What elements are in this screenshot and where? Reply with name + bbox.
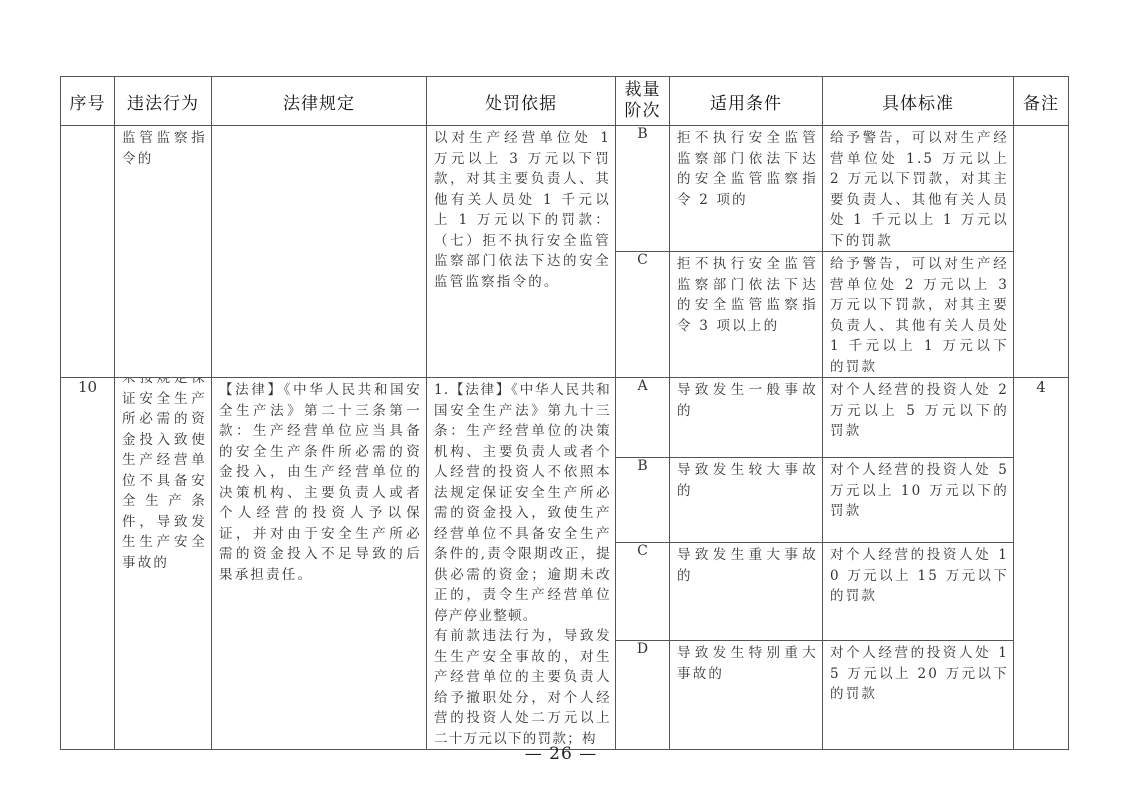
standard-text: 给予警告，可以对生产经营单位处 2 万元以上 3 万元以下罚款，对其主要负责人、… bbox=[823, 252, 1013, 377]
legal-provision-text: 【法律】《中华人民共和国安全生产法》第二十三条第一款：生产经营单位应当具备的安全… bbox=[212, 378, 426, 585]
violation-text: 未按规定保证安全生产所必需的资金投入致使生产经营单位不具备安全生产条件，导致发生… bbox=[115, 378, 211, 574]
document-page: 序号 违法行为 法律规定 处罚依据 裁量阶次 适用条件 具体标准 备注 监管监察… bbox=[0, 0, 1122, 793]
header-conditions: 适用条件 bbox=[670, 77, 823, 126]
penalty-basis-text-2: 有前款违法行为，导致发生生产安全事故的，对生产经营单位的主要负责人给予撤职处分，… bbox=[427, 626, 615, 749]
standard-text: 对个人经营的投资人处 2 万元以上 5 万元以下的罚款 bbox=[823, 378, 1013, 442]
standard-text: 给予警告，可以对生产经营单位处 1.5 万元以上 2 万元以下罚款，对其主要负责… bbox=[823, 126, 1013, 251]
condition-cell: 导致发生重大事故的 bbox=[670, 543, 823, 641]
header-discretion-level: 裁量阶次 bbox=[616, 77, 670, 126]
standard-text: 对个人经营的投资人处 10 万元以上 15 万元以下的罚款 bbox=[823, 543, 1013, 607]
condition-text: 导致发生特别重大事故的 bbox=[670, 641, 822, 684]
level-cell: D bbox=[616, 641, 670, 750]
table-row: 监管监察指令的 以对生产经营单位处 1 万元以上 3 万元以下罚款，对其主要负责… bbox=[61, 126, 1069, 252]
standard-text: 对个人经营的投资人处 5 万元以上 10 万元以下的罚款 bbox=[823, 458, 1013, 522]
standard-cell: 对个人经营的投资人处 5 万元以上 10 万元以下的罚款 bbox=[823, 458, 1014, 543]
violation-text: 监管监察指令的 bbox=[115, 126, 211, 169]
header-seq: 序号 bbox=[61, 77, 115, 126]
level-cell: C bbox=[616, 252, 670, 378]
penalty-basis-cell: 以对生产经营单位处 1 万元以上 3 万元以下罚款，对其主要负责人、其他有关人员… bbox=[427, 126, 616, 378]
header-violation: 违法行为 bbox=[115, 77, 212, 126]
standard-cell: 对个人经营的投资人处 15 万元以上 20 万元以下的罚款 bbox=[823, 641, 1014, 750]
penalty-basis-text: 以对生产经营单位处 1 万元以上 3 万元以下罚款，对其主要负责人、其他有关人员… bbox=[427, 126, 615, 292]
condition-text: 导致发生重大事故的 bbox=[670, 543, 822, 586]
violation-cell: 监管监察指令的 bbox=[115, 126, 212, 378]
penalty-discretion-table: 序号 违法行为 法律规定 处罚依据 裁量阶次 适用条件 具体标准 备注 监管监察… bbox=[60, 76, 1069, 750]
condition-cell: 导致发生特别重大事故的 bbox=[670, 641, 823, 750]
level-cell: B bbox=[616, 126, 670, 252]
remarks-cell: 4 bbox=[1014, 378, 1069, 750]
condition-cell: 拒不执行安全监管监察部门依法下达的安全监管监察指令 3 项以上的 bbox=[670, 252, 823, 378]
standard-cell: 对个人经营的投资人处 10 万元以上 15 万元以下的罚款 bbox=[823, 543, 1014, 641]
legal-provision-cell: 【法律】《中华人民共和国安全生产法》第二十三条第一款：生产经营单位应当具备的安全… bbox=[212, 378, 427, 750]
standard-cell: 给予警告，可以对生产经营单位处 1.5 万元以上 2 万元以下罚款，对其主要负责… bbox=[823, 126, 1014, 252]
condition-cell: 拒不执行安全监管监察部门依法下达的安全监管监察指令 2 项的 bbox=[670, 126, 823, 252]
header-discretion-level-text: 裁量阶次 bbox=[625, 80, 661, 122]
condition-cell: 导致发生较大事故的 bbox=[670, 458, 823, 543]
penalty-basis-text-1: 1.【法律】《中华人民共和国安全生产法》第九十三条：生产经营单位的决策机构、主要… bbox=[427, 378, 615, 626]
condition-cell: 导致发生一般事故的 bbox=[670, 378, 823, 458]
penalty-basis-cell: 1.【法律】《中华人民共和国安全生产法》第九十三条：生产经营单位的决策机构、主要… bbox=[427, 378, 616, 750]
standard-text: 对个人经营的投资人处 15 万元以上 20 万元以下的罚款 bbox=[823, 641, 1013, 705]
remarks-cell bbox=[1014, 126, 1069, 378]
condition-text: 拒不执行安全监管监察部门依法下达的安全监管监察指令 3 项以上的 bbox=[670, 252, 822, 336]
level-cell: B bbox=[616, 458, 670, 543]
violation-cell: 未按规定保证安全生产所必需的资金投入致使生产经营单位不具备安全生产条件，导致发生… bbox=[115, 378, 212, 750]
standard-cell: 对个人经营的投资人处 2 万元以上 5 万元以下的罚款 bbox=[823, 378, 1014, 458]
header-row: 序号 违法行为 法律规定 处罚依据 裁量阶次 适用条件 具体标准 备注 bbox=[61, 77, 1069, 126]
level-cell: A bbox=[616, 378, 670, 458]
legal-provision-cell bbox=[212, 126, 427, 378]
condition-text: 导致发生较大事故的 bbox=[670, 458, 822, 501]
header-penalty-basis: 处罚依据 bbox=[427, 77, 616, 126]
seq-cell: 10 bbox=[61, 378, 115, 750]
condition-text: 拒不执行安全监管监察部门依法下达的安全监管监察指令 2 项的 bbox=[670, 126, 822, 210]
table-row: 10 未按规定保证安全生产所必需的资金投入致使生产经营单位不具备安全生产条件，导… bbox=[61, 378, 1069, 458]
seq-cell bbox=[61, 126, 115, 378]
level-cell: C bbox=[616, 543, 670, 641]
header-remarks: 备注 bbox=[1014, 77, 1069, 126]
condition-text: 导致发生一般事故的 bbox=[670, 378, 822, 421]
header-standard: 具体标准 bbox=[823, 77, 1014, 126]
standard-cell: 给予警告，可以对生产经营单位处 2 万元以上 3 万元以下罚款，对其主要负责人、… bbox=[823, 252, 1014, 378]
header-legal-provision: 法律规定 bbox=[212, 77, 427, 126]
page-number: — 26 — bbox=[0, 744, 1122, 764]
